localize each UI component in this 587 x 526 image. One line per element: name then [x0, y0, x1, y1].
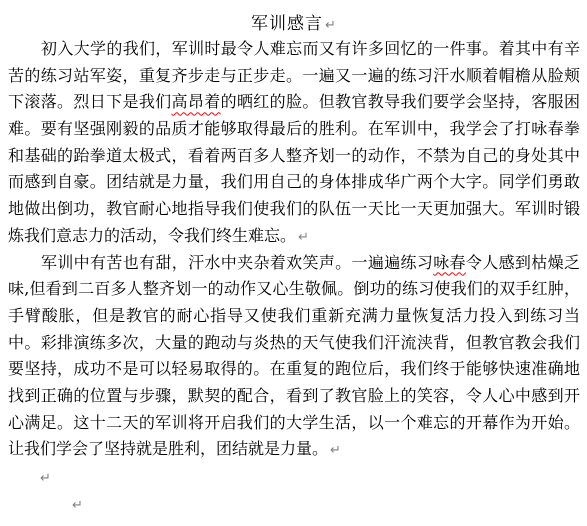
- text-line[interactable]: 和基础的跆拳道太极式，看着两百多人整齐划一的动作，不禁为自己的身处其中: [8, 143, 580, 170]
- text-line[interactable]: 找到正确的位置与步骤，默契的配合，看到了教官脸上的笑容，令人心中感到开: [8, 383, 580, 410]
- paragraph-mark-icon: ↵: [330, 443, 341, 458]
- text-line[interactable]: 下滚落。烈日下是我们高昂着的晒红的脸。但教官教导我们要学会坚持，客服困: [8, 89, 580, 116]
- text-line[interactable]: 地做出倒功，教官耐心地指导我们使我们的队伍一天比一天更加强大。军训时锻: [8, 196, 580, 223]
- text-line[interactable]: 味,但看到二百多人整齐划一的动作又心生敬佩。倒功的练习使我们的双手红肿，: [8, 276, 580, 303]
- text-line[interactable]: 苦的练习站军姿，重复齐步走与正步走。一遍又一遍的练习汗水顺着帽檐从脸颊: [8, 63, 580, 90]
- document-title: 军训感言: [251, 14, 323, 34]
- paragraph-mark-icon: ↵: [36, 0, 47, 4]
- paragraph-mark-icon: ↵: [325, 18, 337, 33]
- text-line[interactable]: 炼我们意志力的活动，令我们终生难忘。↵: [8, 223, 580, 250]
- spellcheck-squiggle: 咏春: [433, 253, 466, 272]
- text-line[interactable]: 心满足。这十二天的军训将开启我们的大学生活，以一个难忘的开幕作为开始。: [8, 410, 580, 437]
- document-title-row[interactable]: 军训感言↵: [8, 11, 580, 38]
- paragraph-mark-icon: ↵: [298, 230, 309, 245]
- paragraph-mark-icon: ↵: [40, 472, 51, 485]
- text-line[interactable]: 而感到自豪。团结就是力量，我们用自己的身体排成华广两个大字。同学们勇敢: [8, 169, 580, 196]
- text-line[interactable]: 要坚持，成功不是可以轻易取得的。在重复的跑位后，我们终于能够快速准确地: [8, 356, 580, 383]
- text-line[interactable]: 手臂酸胀，但是教官的耐心指导又使我们重新充满力量恢复活力投入到练习当: [8, 303, 580, 330]
- document-body[interactable]: 初入大学的我们，军训时最令人难忘而又有许多回忆的一件事。着其中有辛苦的练习站军姿…: [8, 36, 580, 463]
- text-line[interactable]: 军训中有苦也有甜，汗水中夹杂着欢笑声。一遍遍练习咏春令人感到枯燥乏: [8, 250, 580, 277]
- text-line[interactable]: 初入大学的我们，军训时最令人难忘而又有许多回忆的一件事。着其中有辛: [8, 36, 580, 63]
- document-page[interactable]: ↵ 军训感言↵ 初入大学的我们，军训时最令人难忘而又有许多回忆的一件事。着其中有…: [0, 0, 587, 526]
- text-line[interactable]: 中。彩排演练多次，大量的跑动与炎热的天气使我们汗流浃背，但教官教会我们: [8, 330, 580, 357]
- text-line[interactable]: 让我们学会了坚持就是胜利，团结就是力量。↵: [8, 436, 580, 463]
- paragraph-mark-icon: ↵: [72, 499, 83, 512]
- spellcheck-squiggle: 高昂着: [172, 92, 221, 111]
- text-line[interactable]: 难。要有坚强刚毅的品质才能够取得最后的胜利。在军训中，我学会了打咏春拳: [8, 116, 580, 143]
